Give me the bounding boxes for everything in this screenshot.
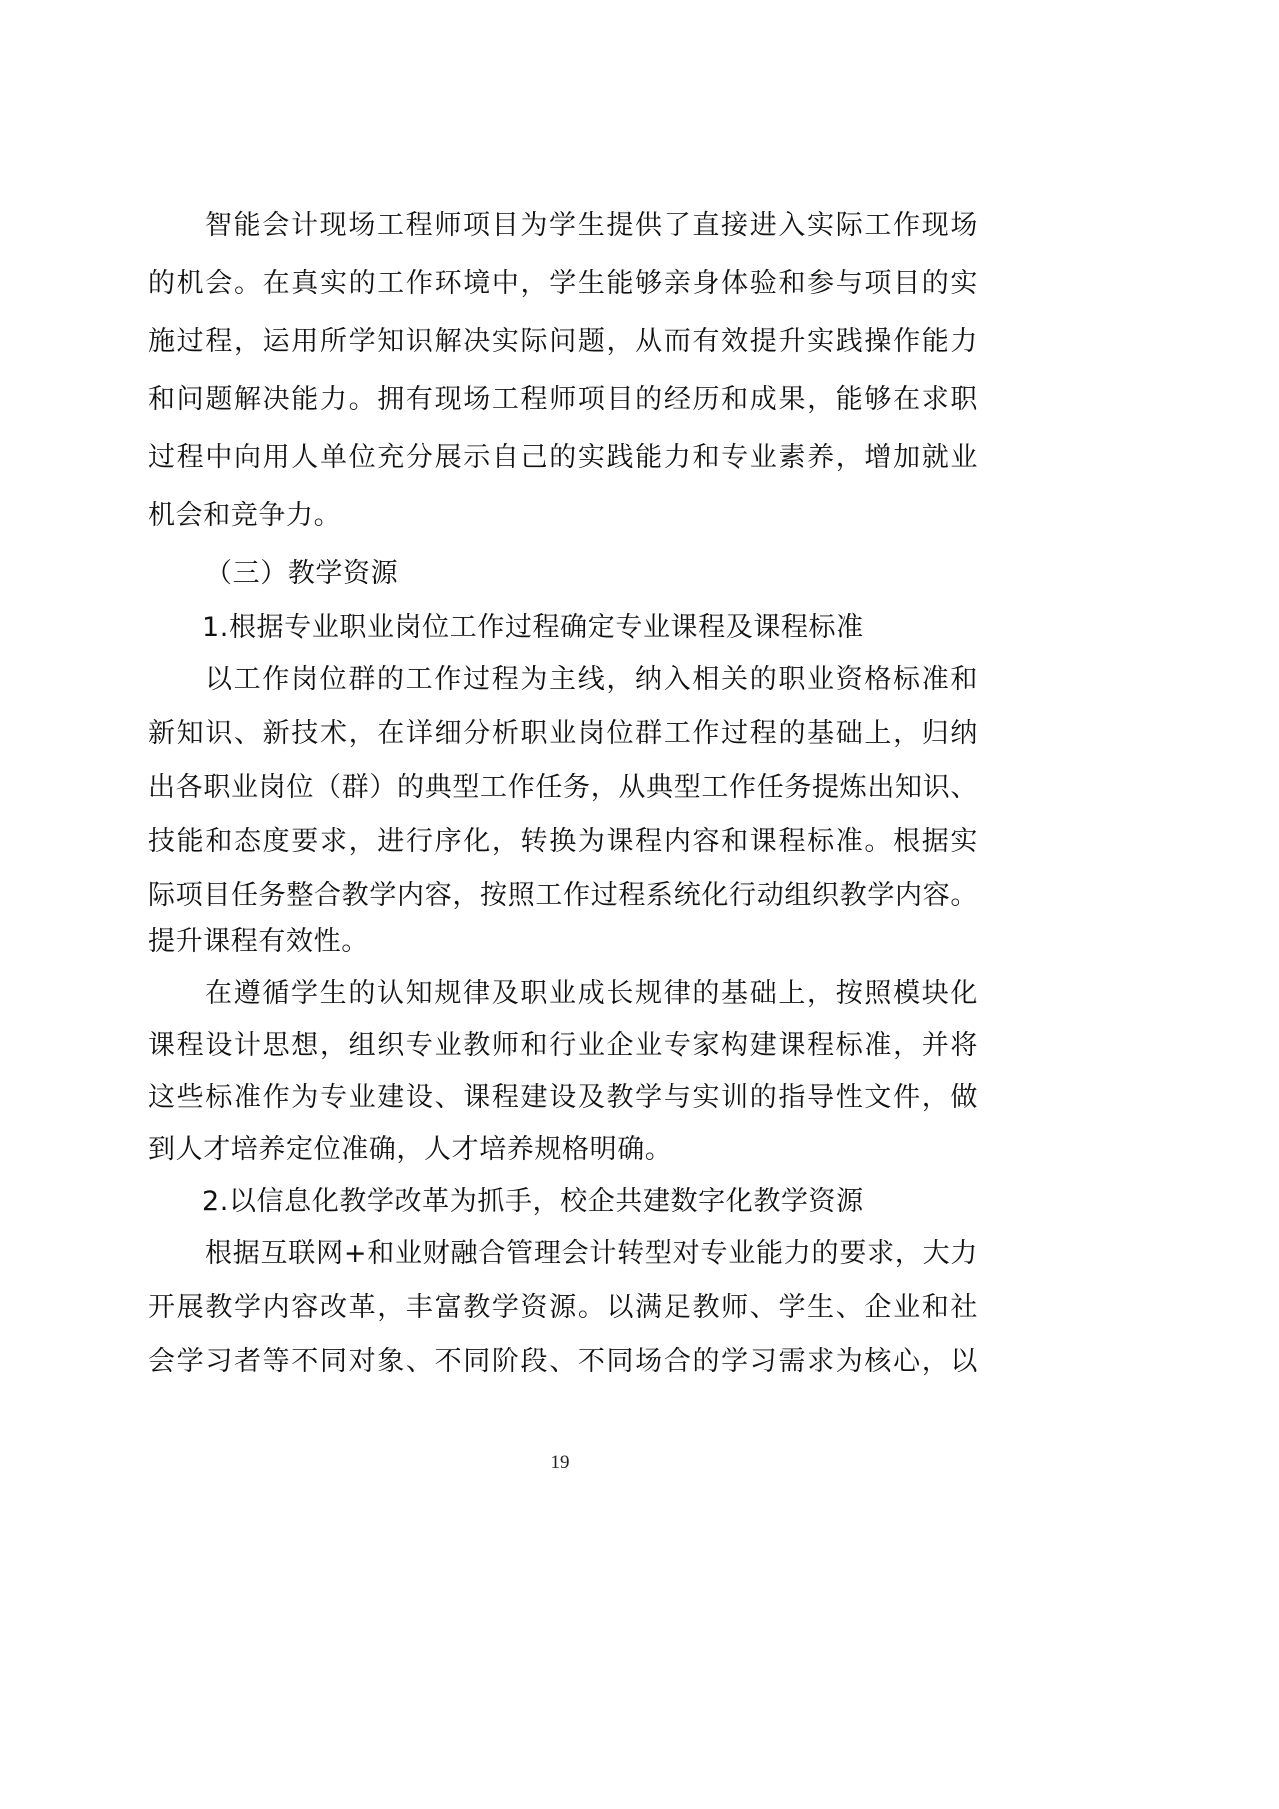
paragraph-1-line-4: 和问题解决能力。拥有现场工程师项目的经历和成果，能够在求职 (148, 380, 978, 420)
paragraph-4-line-2: 开展教学内容改革，丰富教学资源。以满足教师、学生、企业和社 (148, 1288, 978, 1328)
sub-heading-1: 1.根据专业职业岗位工作过程确定专业课程及课程标准 (202, 608, 864, 648)
paragraph-1-line-2: 的机会。在真实的工作环境中，学生能够亲身体验和参与项目的实 (148, 264, 978, 304)
paragraph-2-line-2: 新知识、新技术，在详细分析职业岗位群工作过程的基础上，归纳 (148, 714, 978, 754)
paragraph-2-line-5: 际项目任务整合教学内容，按照工作过程系统化行动组织教学内容。 (148, 876, 978, 916)
paragraph-4-line-1: 根据互联网+和业财融合管理会计转型对专业能力的要求，大力 (205, 1234, 978, 1274)
paragraph-4-line-3: 会学习者等不同对象、不同阶段、不同场合的学习需求为核心，以 (148, 1342, 978, 1382)
document-page: 智能会计现场工程师项目为学生提供了直接进入实际工作现场 的机会。在真实的工作环境… (0, 0, 1279, 1809)
paragraph-2-line-1: 以工作岗位群的工作过程为主线，纳入相关的职业资格标准和 (205, 660, 978, 700)
section-heading: （三）教学资源 (205, 554, 398, 594)
paragraph-2-line-3: 出各职业岗位（群）的典型工作任务，从典型工作任务提炼出知识、 (148, 768, 978, 808)
paragraph-3-line-4: 到人才培养定位准确，人才培养规格明确。 (148, 1130, 978, 1170)
paragraph-3-line-3: 这些标准作为专业建设、课程建设及教学与实训的指导性文件，做 (148, 1078, 978, 1118)
paragraph-1-line-6: 机会和竞争力。 (148, 496, 978, 536)
paragraph-2-line-4: 技能和态度要求，进行序化，转换为课程内容和课程标准。根据实 (148, 822, 978, 862)
paragraph-3-line-1: 在遵循学生的认知规律及职业成长规律的基础上，按照模块化 (205, 974, 978, 1014)
paragraph-1-line-1: 智能会计现场工程师项目为学生提供了直接进入实际工作现场 (205, 206, 978, 246)
paragraph-1-line-5: 过程中向用人单位充分展示自己的实践能力和专业素养，增加就业 (148, 438, 978, 478)
page-number: 19 (0, 1452, 1120, 1474)
paragraph-1-line-3: 施过程，运用所学知识解决实际问题，从而有效提升实践操作能力 (148, 322, 978, 362)
paragraph-2-line-6: 提升课程有效性。 (148, 922, 978, 962)
sub-heading-2: 2.以信息化教学改革为抓手，校企共建数字化教学资源 (202, 1182, 864, 1222)
paragraph-3-line-2: 课程设计思想，组织专业教师和行业企业专家构建课程标准，并将 (148, 1026, 978, 1066)
